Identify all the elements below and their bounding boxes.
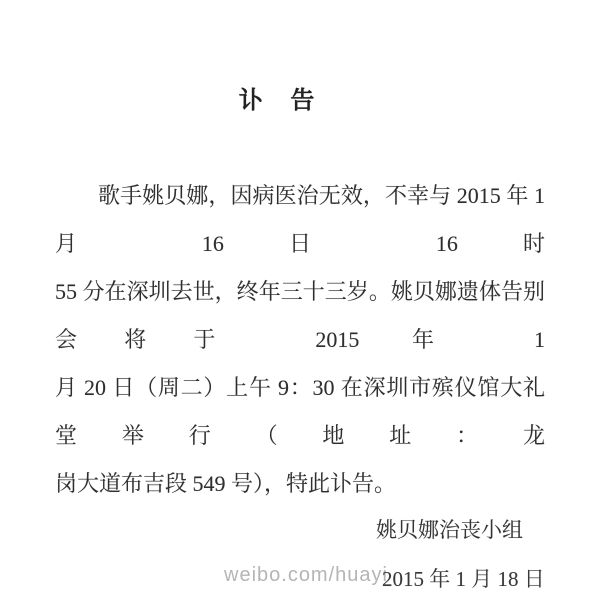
- obituary-body-paragraph: 歌手姚贝娜，因病医治无效，不幸与 2015 年 1 月 16 日 16 时 55…: [55, 172, 545, 508]
- weibo-watermark: weibo.com/huayi: [224, 564, 388, 587]
- body-line-2: 55 分在深圳去世，终年三十三岁。姚贝娜遗体告别会将于 2015 年 1: [55, 268, 545, 364]
- obituary-date: 2015 年 1 月 18 日: [382, 563, 545, 593]
- body-line-3: 月 20 日（周二）上午 9：30 在深圳市殡仪馆大礼堂举行（地址：龙: [55, 364, 545, 460]
- body-line-4: 岗大道布吉段 549 号），特此讣告。: [55, 460, 545, 508]
- obituary-title: 讣 告: [37, 80, 527, 115]
- obituary-scan-page: 讣 告 歌手姚贝娜，因病医治无效，不幸与 2015 年 1 月 16 日 16 …: [0, 0, 600, 597]
- signature-funeral-committee: 姚贝娜治丧小组: [55, 516, 523, 544]
- body-line-1: 歌手姚贝娜，因病医治无效，不幸与 2015 年 1 月 16 日 16 时: [55, 172, 545, 268]
